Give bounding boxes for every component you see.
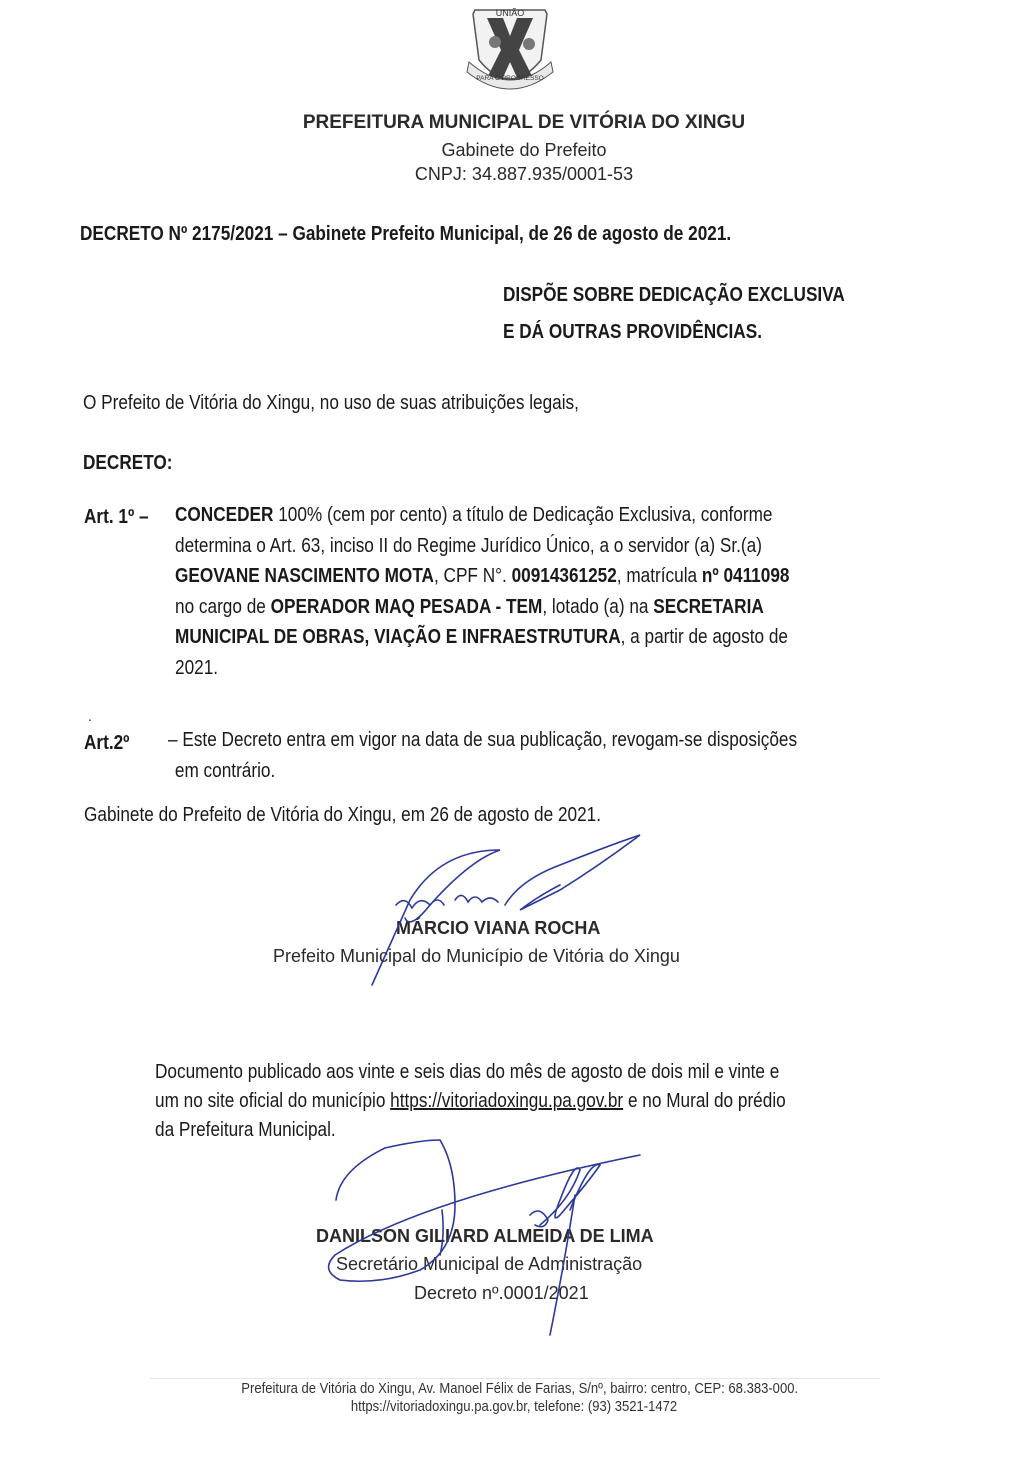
article-1-line: determina o Art. 63, inciso II do Regime… [175,531,789,562]
coat-of-arms-icon: UNIÃO PARA O PROGRESSO [455,2,565,102]
institution-name: PREFEITURA MUNICIPAL DE VITÓRIA DO XINGU [0,112,1028,134]
article-2-text: – Este Decreto entra em vigor na data de… [168,725,797,786]
secretary-name: DANILSON GILIARD ALMEIDA DE LIMA [316,1226,654,1247]
svg-text:UNIÃO: UNIÃO [496,8,525,18]
cnpj: CNPJ: 34.887.935/0001-53 [0,164,1028,185]
ementa-line: DISPÕE SOBRE DEDICAÇÃO EXCLUSIVA [503,277,845,314]
servant-matricula: nº 0411098 [702,565,790,587]
municipal-website-link[interactable]: https://vitoriadoxingu.pa.gov.br [390,1090,623,1112]
article-2-line: em contrário. [168,756,797,787]
servant-name: GEOVANE NASCIMENTO MOTA [175,565,434,587]
department-name: Gabinete do Prefeito [0,140,1028,161]
article-1-line: no cargo de OPERADOR MAQ PESADA - TEM, l… [175,592,789,623]
article-1-line: GEOVANE NASCIMENTO MOTA, CPF N°. 0091436… [175,561,789,592]
publication-line: um no site oficial do município https://… [155,1087,786,1116]
article-2-label: Art.2º [84,728,129,759]
decreto-heading: DECRETO: [83,452,173,475]
article-1-label: Art. 1º – [84,502,149,533]
servant-department: MUNICIPAL DE OBRAS, VIAÇÃO E INFRAESTRUT… [175,626,621,648]
publication-line: Documento publicado aos vinte e seis dia… [155,1058,786,1087]
stray-mark: . [88,708,92,724]
footer-address: Prefeitura de Vitória do Xingu, Av. Mano… [52,1381,983,1397]
secretary-role: Secretário Municipal de Administração [336,1254,642,1275]
publication-line: da Prefeitura Municipal. [155,1116,786,1145]
article-1-line: CONCEDER 100% (cem por cento) a título d… [175,500,789,531]
footer-divider [150,1378,880,1379]
coat-of-arms-logo: UNIÃO PARA O PROGRESSO [455,2,565,102]
closing-statement: Gabinete do Prefeito de Vitória do Xingu… [84,804,601,827]
servant-cpf: 00914361252 [512,565,617,587]
mayor-role: Prefeito Municipal do Município de Vitór… [273,946,680,967]
preamble: O Prefeito de Vitória do Xingu, no uso d… [83,392,579,415]
secretary-appointment-decree: Decreto nº.0001/2021 [414,1283,589,1304]
article-1-line: MUNICIPAL DE OBRAS, VIAÇÃO E INFRAESTRUT… [175,622,789,653]
footer-contact: https://vitoriadoxingu.pa.gov.br, telefo… [51,1399,976,1415]
article-1-line: 2021. [175,653,789,684]
decree-title: DECRETO Nº 2175/2021 – Gabinete Prefeito… [80,223,731,246]
ementa-line: E DÁ OUTRAS PROVIDÊNCIAS. [503,314,845,351]
mayor-name: MÁRCIO VIANA ROCHA [396,918,600,939]
publication-notice: Documento publicado aos vinte e seis dia… [155,1058,786,1145]
article-1-text: CONCEDER 100% (cem por cento) a título d… [175,500,789,683]
svg-text:PARA O PROGRESSO: PARA O PROGRESSO [476,75,543,82]
servant-role: OPERADOR MAQ PESADA - TEM [271,596,543,618]
decree-ementa: DISPÕE SOBRE DEDICAÇÃO EXCLUSIVA E DÁ OU… [503,277,845,351]
article-2-line: – Este Decreto entra em vigor na data de… [168,725,797,756]
